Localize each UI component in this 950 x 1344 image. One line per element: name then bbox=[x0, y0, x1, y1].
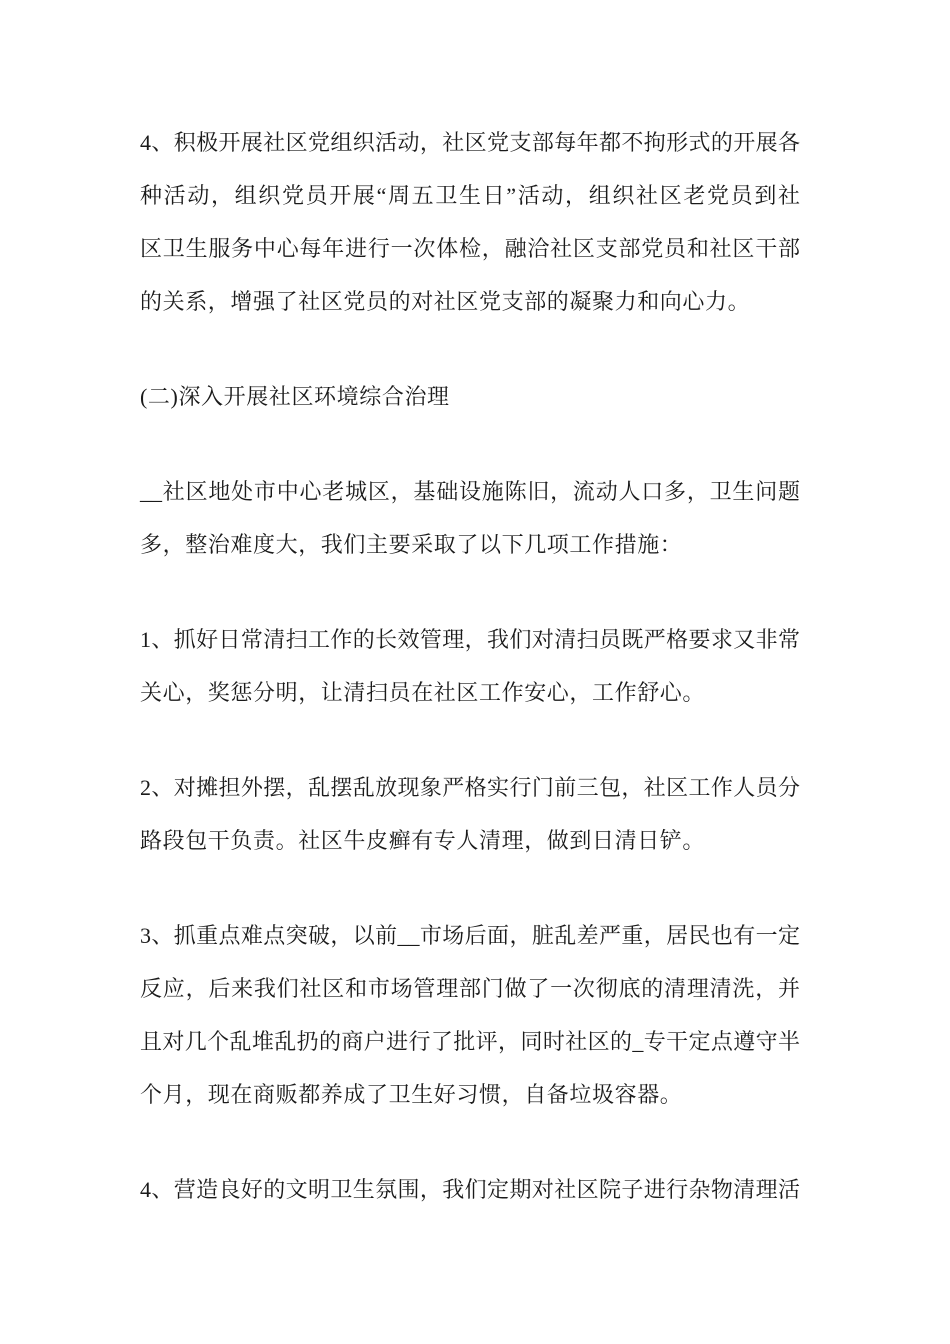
text-line: 区卫生服务中心每年进行一次体检，融洽社区支部党员和社区干部 bbox=[140, 222, 800, 275]
text-line: 的关系，增强了社区党员的对社区党支部的凝聚力和向心力。 bbox=[140, 275, 800, 328]
text-line: __社区地处市中心老城区，基础设施陈旧，流动人口多，卫生问题 bbox=[140, 465, 800, 518]
text-line: 3、抓重点难点突破，以前__市场后面，脏乱差严重，居民也有一定 bbox=[140, 909, 800, 962]
text-line: (二)深入开展社区环境综合治理 bbox=[140, 370, 800, 423]
text-line: 多，整治难度大，我们主要采取了以下几项工作措施： bbox=[140, 518, 800, 571]
document-body: 4、积极开展社区党组织活动，社区党支部每年都不拘形式的开展各种活动，组织党员开展… bbox=[0, 0, 950, 1216]
text-line: 2、对摊担外摆，乱摆乱放现象严格实行门前三包，社区工作人员分 bbox=[140, 761, 800, 814]
text-line: 路段包干负责。社区牛皮癣有专人清理，做到日清日铲。 bbox=[140, 814, 800, 867]
document-page: 4、积极开展社区党组织活动，社区党支部每年都不拘形式的开展各种活动，组织党员开展… bbox=[0, 0, 950, 1344]
paragraph: 2、对摊担外摆，乱摆乱放现象严格实行门前三包，社区工作人员分路段包干负责。社区牛… bbox=[140, 761, 800, 867]
text-line: 4、营造良好的文明卫生氛围，我们定期对社区院子进行杂物清理活 bbox=[140, 1163, 800, 1216]
paragraph: 4、积极开展社区党组织活动，社区党支部每年都不拘形式的开展各种活动，组织党员开展… bbox=[140, 116, 800, 328]
paragraph: (二)深入开展社区环境综合治理 bbox=[140, 370, 800, 423]
paragraph: 3、抓重点难点突破，以前__市场后面，脏乱差严重，居民也有一定反应，后来我们社区… bbox=[140, 909, 800, 1121]
text-line: 关心，奖惩分明，让清扫员在社区工作安心，工作舒心。 bbox=[140, 666, 800, 719]
paragraph: __社区地处市中心老城区，基础设施陈旧，流动人口多，卫生问题多，整治难度大，我们… bbox=[140, 465, 800, 571]
text-line: 反应，后来我们社区和市场管理部门做了一次彻底的清理清洗，并 bbox=[140, 962, 800, 1015]
paragraph: 4、营造良好的文明卫生氛围，我们定期对社区院子进行杂物清理活 bbox=[140, 1163, 800, 1216]
paragraph: 1、抓好日常清扫工作的长效管理，我们对清扫员既严格要求又非常关心，奖惩分明，让清… bbox=[140, 613, 800, 719]
text-line: 个月，现在商贩都养成了卫生好习惯，自备垃圾容器。 bbox=[140, 1068, 800, 1121]
text-line: 4、积极开展社区党组织活动，社区党支部每年都不拘形式的开展各 bbox=[140, 116, 800, 169]
text-line: 种活动，组织党员开展“周五卫生日”活动，组织社区老党员到社 bbox=[140, 169, 800, 222]
text-line: 且对几个乱堆乱扔的商户进行了批评，同时社区的_专干定点遵守半 bbox=[140, 1015, 800, 1068]
text-line: 1、抓好日常清扫工作的长效管理，我们对清扫员既严格要求又非常 bbox=[140, 613, 800, 666]
